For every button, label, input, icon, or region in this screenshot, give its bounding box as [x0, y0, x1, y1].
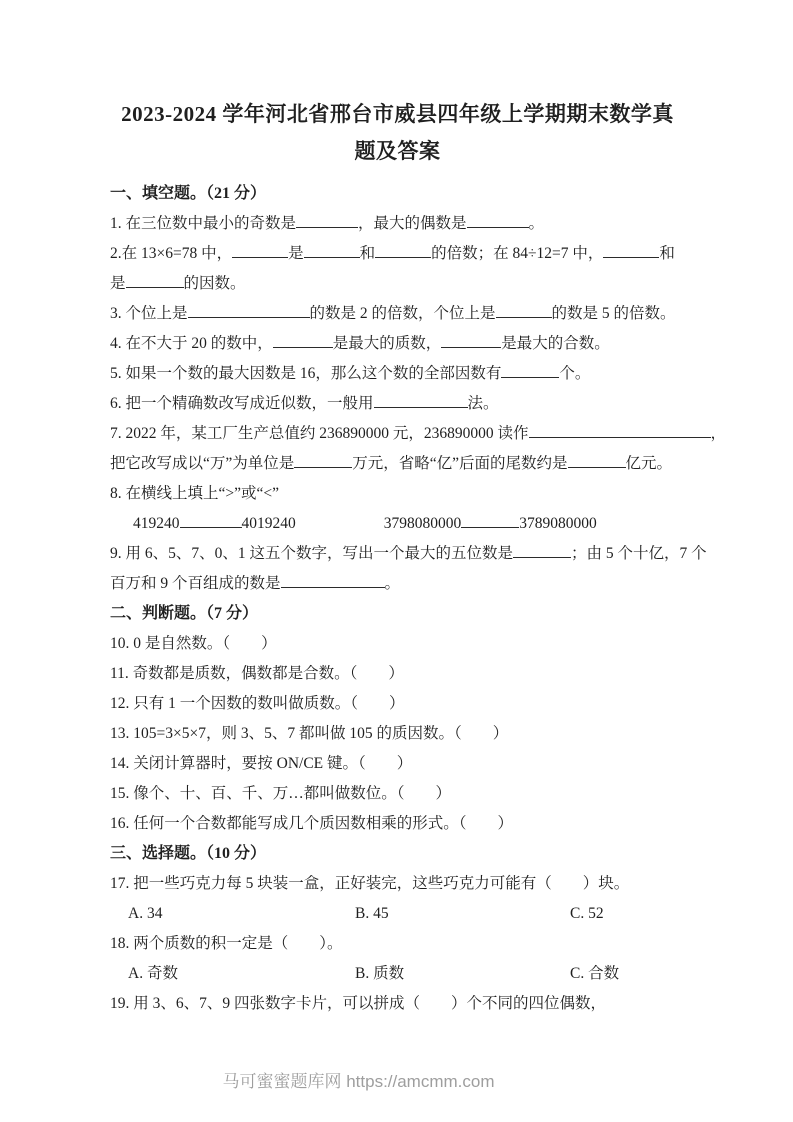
exam-content: 2023-2024 学年河北省邢台市威县四年级上学期期末数学真 题及答案 一、填…	[110, 96, 685, 1019]
question-line: 12. 只有 1 一个因数的数叫做质数。（ ）	[110, 689, 685, 719]
choice-options-row: A. 34B. 45C. 52	[110, 899, 685, 929]
question-text: 17. 把一些巧克力每 5 块装一盒，正好装完，这些巧克力可能有（ ）块。	[110, 875, 629, 892]
answer-blank	[496, 302, 552, 318]
question-text: 4019240	[242, 515, 296, 532]
answer-blank	[441, 332, 501, 348]
question-text: 19. 用 3、6、7、9 四张数字卡片，可以拼成（ ）个不同的四位偶数，	[110, 995, 606, 1012]
question-line: 1. 在三位数中最小的奇数是，最大的偶数是。	[110, 209, 685, 239]
question-text: 。	[529, 215, 545, 232]
question-text: 13. 105=3×5×7，则 3、5、7 都叫做 105 的质因数。（ ）	[110, 725, 508, 742]
question-line: 4. 在不大于 20 的数中，是最大的质数，是最大的合数。	[110, 329, 685, 359]
exam-title-line-1: 2023-2024 学年河北省邢台市威县四年级上学期期末数学真	[110, 96, 685, 133]
choice-option: C. 合数	[570, 959, 619, 989]
section-heading: 一、填空题。（21 分）	[110, 179, 685, 209]
question-text: ；由 5 个十亿，7 个	[571, 545, 707, 562]
question-text: 是最大的合数。	[501, 335, 610, 352]
question-text: 个。	[559, 365, 590, 382]
question-text: ，最大的偶数是	[358, 215, 467, 232]
question-text: 1. 在三位数中最小的奇数是	[110, 215, 296, 232]
question-text: 的数是 2 的倍数，个位上是	[310, 305, 496, 322]
choice-option: A. 奇数	[128, 959, 178, 989]
question-text: 5. 如果一个数的最大因数是 16，那么这个数的全部因数有	[110, 365, 501, 382]
question-line: 11. 奇数都是质数，偶数都是合数。（ ）	[110, 659, 685, 689]
spacer	[296, 527, 384, 528]
section-heading: 二、判断题。（7 分）	[110, 599, 685, 629]
question-text: 和	[360, 245, 376, 262]
question-text: 。	[385, 575, 401, 592]
question-text: 8. 在横线上填上“>”或“<”	[110, 485, 279, 502]
answer-blank	[294, 452, 352, 468]
question-text: 16. 任何一个合数都能写成几个质因数相乘的形式。（ ）	[110, 815, 513, 832]
answer-blank	[461, 512, 519, 528]
exam-body: 一、填空题。（21 分）1. 在三位数中最小的奇数是，最大的偶数是。2.在 13…	[110, 179, 685, 1019]
question-text: 的因数。	[184, 275, 246, 292]
watermark-footer: 马可蜜蜜题库网 https://amcmm.com	[0, 1067, 717, 1092]
question-line: 百万和 9 个百组成的数是。	[110, 569, 685, 599]
question-text: 3798080000	[384, 515, 462, 532]
question-line: 19. 用 3、6、7、9 四张数字卡片，可以拼成（ ）个不同的四位偶数，	[110, 989, 685, 1019]
question-text: 14. 关闭计算器时，要按 ON/CE 键。（ ）	[110, 755, 412, 772]
choice-options-row: A. 奇数B. 质数C. 合数	[110, 959, 685, 989]
question-text: 4. 在不大于 20 的数中，	[110, 335, 273, 352]
question-line: 18. 两个质数的积一定是（ ）。	[110, 929, 685, 959]
answer-blank	[188, 302, 310, 318]
answer-blank	[529, 422, 711, 438]
question-line: 13. 105=3×5×7，则 3、5、7 都叫做 105 的质因数。（ ）	[110, 719, 685, 749]
answer-blank	[501, 362, 559, 378]
question-text: 12. 只有 1 一个因数的数叫做质数。（ ）	[110, 695, 405, 712]
question-text: 的数是 5 的倍数。	[552, 305, 676, 322]
question-line: 是的因数。	[110, 269, 685, 299]
answer-blank	[304, 242, 360, 258]
question-text: 是	[110, 275, 126, 292]
question-line: 17. 把一些巧克力每 5 块装一盒，正好装完，这些巧克力可能有（ ）块。	[110, 869, 685, 899]
answer-blank	[374, 392, 468, 408]
question-line: 2.在 13×6=78 中，是和的倍数；在 84÷12=7 中，和	[110, 239, 685, 269]
question-line: 419240401924037980800003789080000	[110, 509, 685, 539]
question-text: 亿元。	[626, 455, 673, 472]
question-text: 9. 用 6、5、7、0、1 这五个数字，写出一个最大的五位数是	[110, 545, 513, 562]
answer-blank	[375, 242, 431, 258]
answer-blank	[513, 542, 571, 558]
question-line: 7. 2022 年，某工厂生产总值约 236890000 元，236890000…	[110, 419, 685, 449]
answer-blank	[273, 332, 333, 348]
question-text: 百万和 9 个百组成的数是	[110, 575, 281, 592]
choice-option: C. 52	[570, 899, 604, 929]
question-text: 是最大的质数，	[333, 335, 442, 352]
question-text: 3. 个位上是	[110, 305, 188, 322]
question-line: 14. 关闭计算器时，要按 ON/CE 键。（ ）	[110, 749, 685, 779]
question-text: ，	[711, 425, 727, 442]
question-line: 8. 在横线上填上“>”或“<”	[110, 479, 685, 509]
choice-option: A. 34	[128, 899, 162, 929]
answer-blank	[603, 242, 659, 258]
question-text: 6. 把一个精确数改写成近似数，一般用	[110, 395, 374, 412]
question-text: 419240	[133, 515, 180, 532]
question-text: 18. 两个质数的积一定是（ ）。	[110, 935, 343, 952]
question-line: 5. 如果一个数的最大因数是 16，那么这个数的全部因数有个。	[110, 359, 685, 389]
question-text: 万元，省略“亿”后面的尾数约是	[352, 455, 567, 472]
question-text: 把它改写成以“万”为单位是	[110, 455, 294, 472]
question-line: 15. 像个、十、百、千、万…都叫做数位。（ ）	[110, 779, 685, 809]
answer-blank	[232, 242, 288, 258]
question-text: 2.在 13×6=78 中，	[110, 245, 232, 262]
answer-blank	[126, 272, 184, 288]
answer-blank	[568, 452, 626, 468]
question-text: 是	[288, 245, 304, 262]
question-text: 法。	[468, 395, 499, 412]
exam-title-line-2: 题及答案	[110, 133, 685, 170]
question-text: 11. 奇数都是质数，偶数都是合数。（ ）	[110, 665, 404, 682]
choice-option: B. 45	[355, 899, 389, 929]
question-text: 15. 像个、十、百、千、万…都叫做数位。（ ）	[110, 785, 451, 802]
question-line: 3. 个位上是的数是 2 的倍数，个位上是的数是 5 的倍数。	[110, 299, 685, 329]
question-text: 和	[659, 245, 675, 262]
answer-blank	[281, 572, 385, 588]
question-line: 10. 0 是自然数。（ ）	[110, 629, 685, 659]
section-heading: 三、选择题。（10 分）	[110, 839, 685, 869]
choice-option: B. 质数	[355, 959, 404, 989]
question-line: 16. 任何一个合数都能写成几个质因数相乘的形式。（ ）	[110, 809, 685, 839]
question-text: 10. 0 是自然数。（ ）	[110, 635, 277, 652]
exam-document-page: 2023-2024 学年河北省邢台市威县四年级上学期期末数学真 题及答案 一、填…	[0, 0, 793, 1122]
answer-blank	[180, 512, 242, 528]
answer-blank	[296, 212, 358, 228]
question-line: 把它改写成以“万”为单位是万元，省略“亿”后面的尾数约是亿元。	[110, 449, 685, 479]
question-text: 7. 2022 年，某工厂生产总值约 236890000 元，236890000…	[110, 425, 529, 442]
answer-blank	[467, 212, 529, 228]
question-text: 3789080000	[519, 515, 597, 532]
question-line: 9. 用 6、5、7、0、1 这五个数字，写出一个最大的五位数是；由 5 个十亿…	[110, 539, 685, 569]
question-line: 6. 把一个精确数改写成近似数，一般用法。	[110, 389, 685, 419]
question-text: 的倍数；在 84÷12=7 中，	[431, 245, 603, 262]
